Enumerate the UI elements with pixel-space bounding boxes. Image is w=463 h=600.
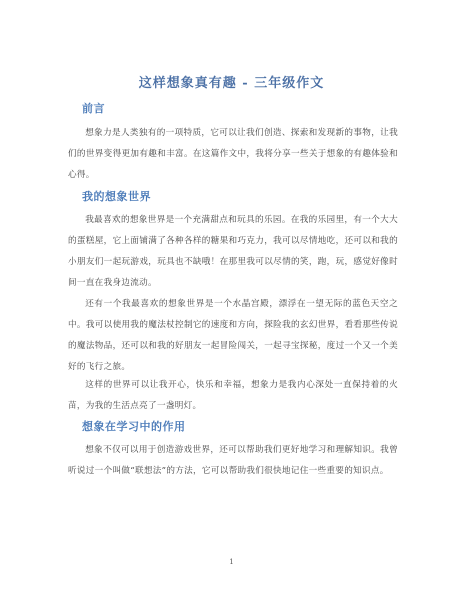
paragraph-imagination-flame: 这样的世界可以让我开心，快乐和幸福，想象力是我内心深处一直保持着的火苗，为我的生… [68,375,398,417]
paragraph-preface: 想象力是人类独有的一项特质，它可以让我们创造、探索和发现新的事物，让我们的世界变… [68,123,398,186]
section-heading-imagination-in-learning: 想象在学习中的作用 [82,418,186,434]
paragraph-association-method: 想象不仅可以用于创造游戏世界，还可以帮助我们更好地学习和理解知识。我曾听说过一个… [68,440,398,482]
section-heading-my-imagination-world: 我的想象世界 [82,188,151,204]
paragraph-dessert-paradise: 我最喜欢的想象世界是一个充满甜点和玩具的乐园。在我的乐园里，有一个大大的蛋糕屋，… [68,210,398,294]
document-page: 这样想象真有趣 - 三年级作文 前言 想象力是人类独有的一项特质，它可以让我们创… [0,0,463,600]
section-heading-preface: 前言 [82,100,105,116]
document-title: 这样想象真有趣 - 三年级作文 [0,72,463,91]
page-number: 1 [0,558,463,566]
paragraph-crystal-palace: 还有一个我最喜欢的想象世界是一个水晶宫殿，漂浮在一望无际的蓝色天空之中。我可以使… [68,294,398,378]
